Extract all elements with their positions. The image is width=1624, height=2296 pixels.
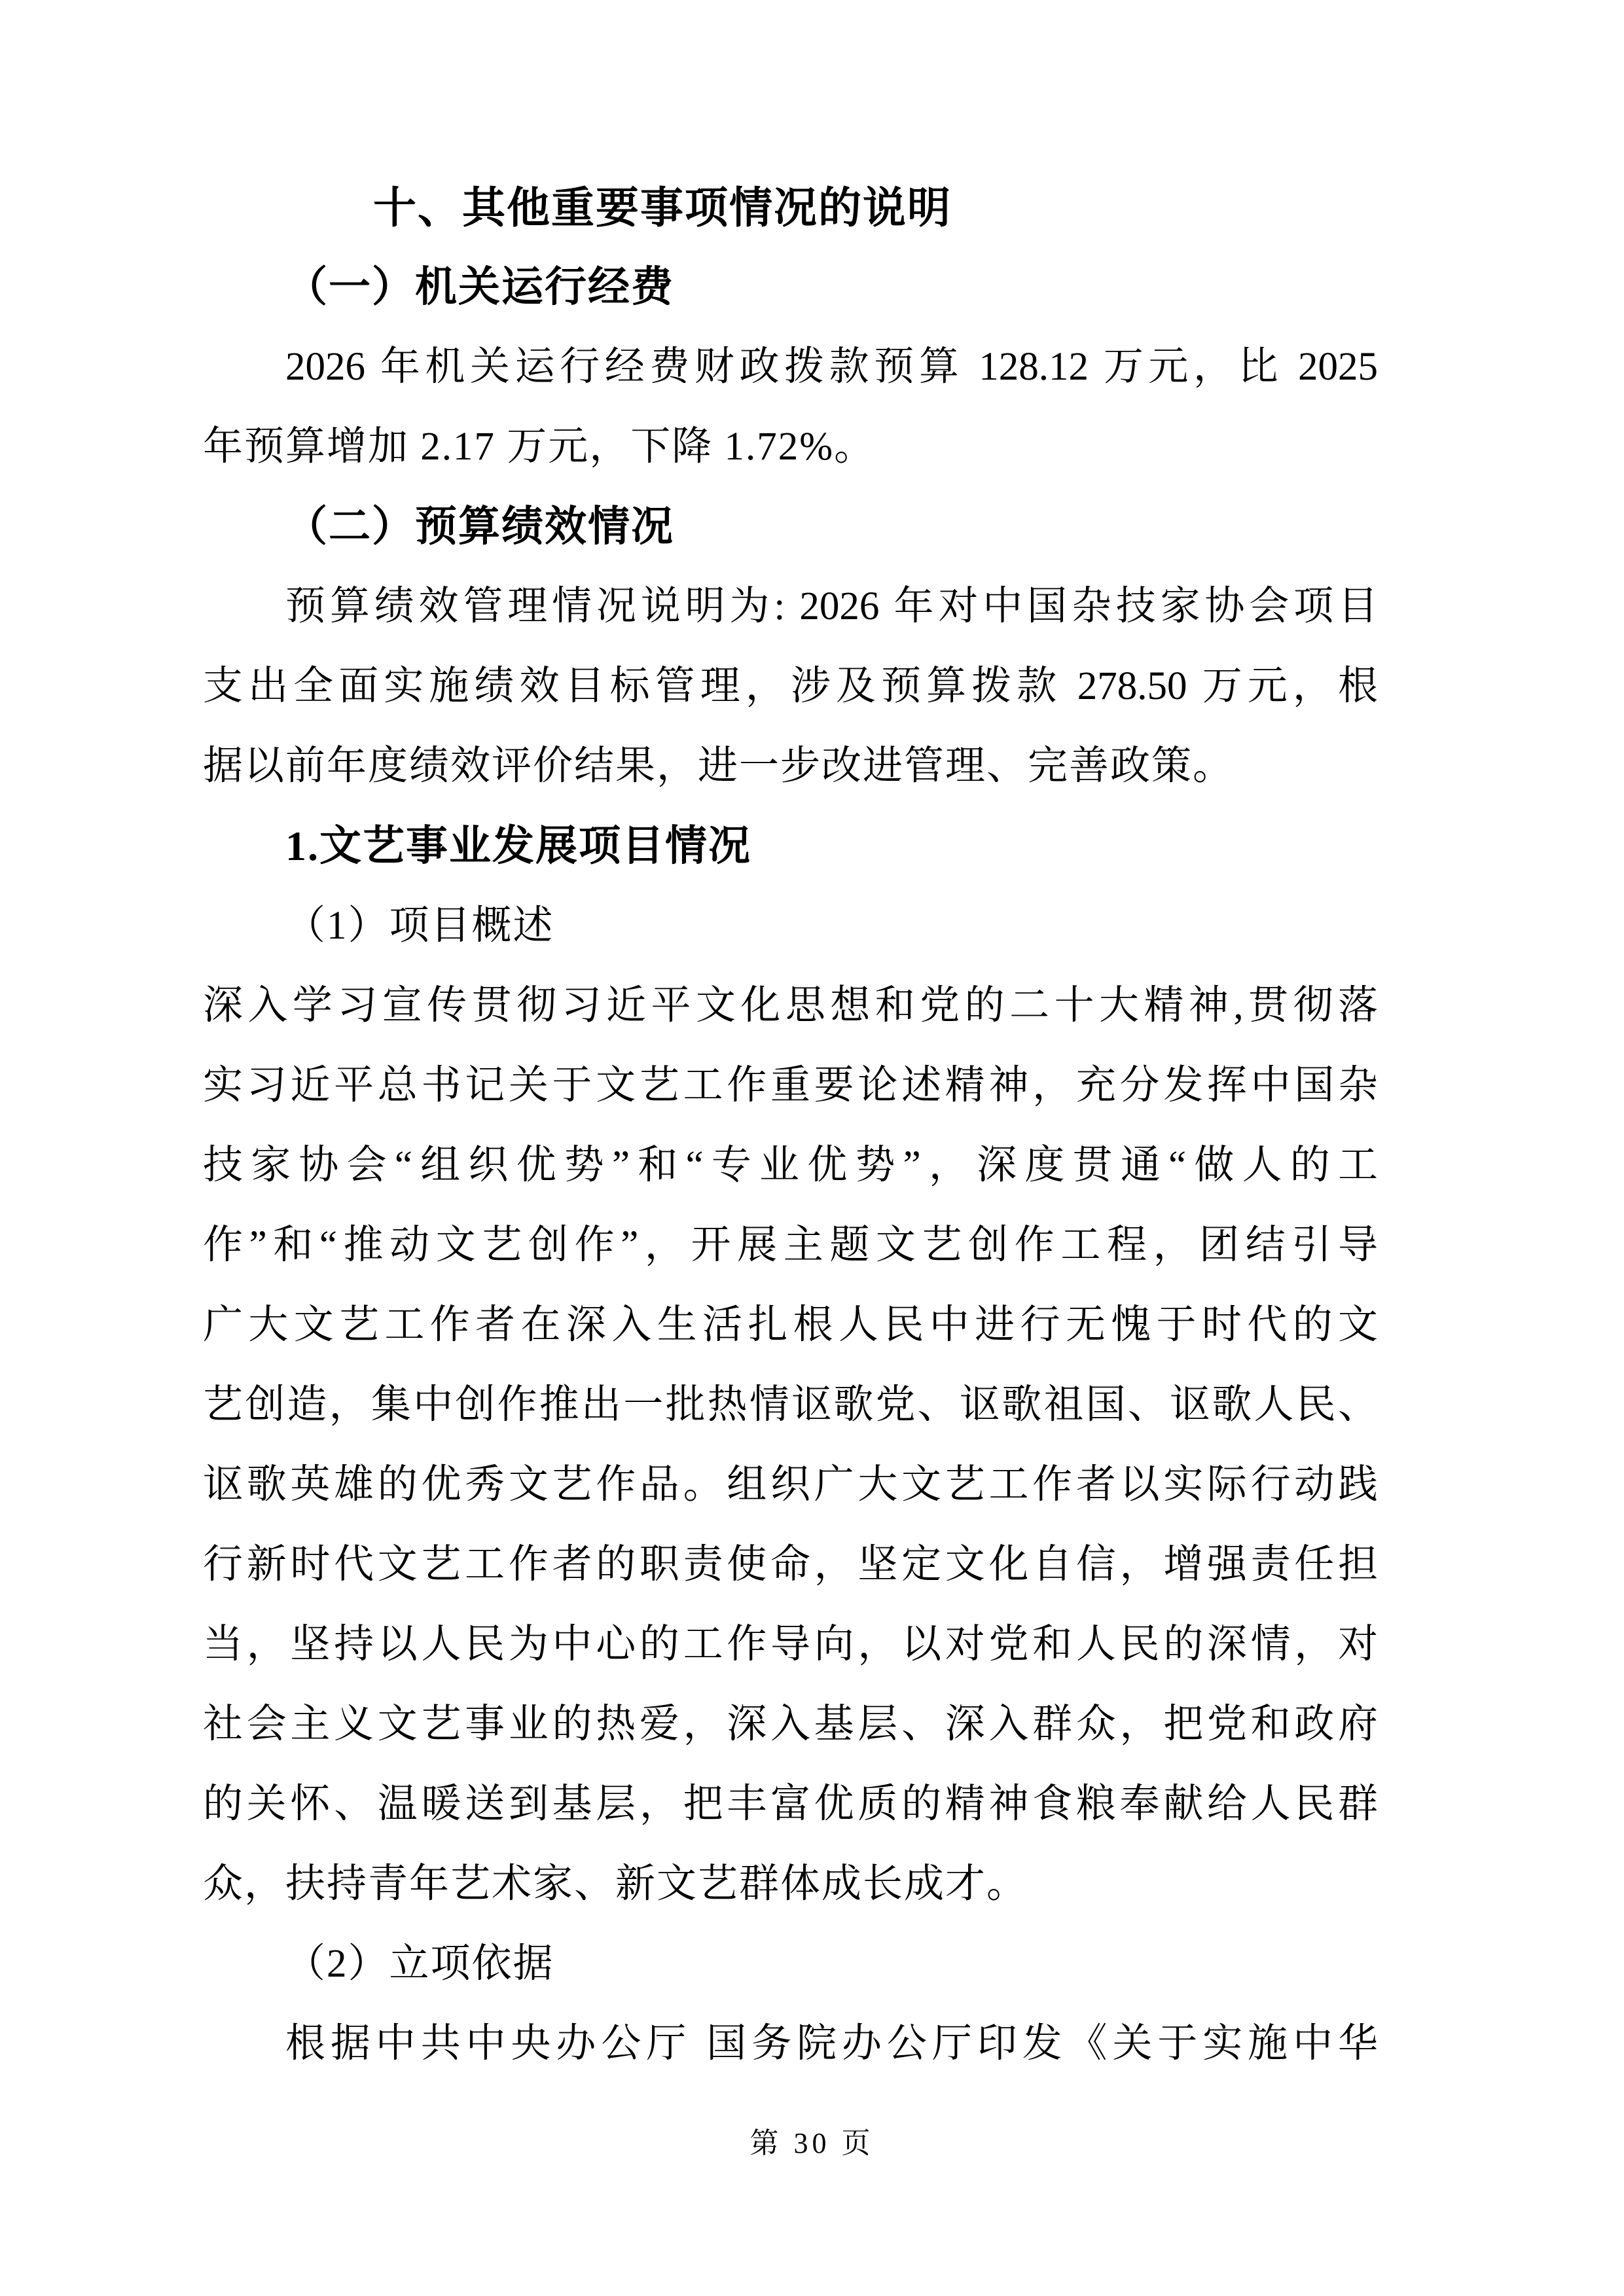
document-page: 十、其他重要事项情况的说明（一）机关运行经费2026 年机关运行经费财政拨款预算… [0,0,1624,2296]
text-line: 众，扶持青年艺术家、新文艺群体成长成才。 [203,1844,1378,1924]
text-line: 当，坚持以人民为中心的工作导向，以对党和人民的深情，对 [203,1605,1378,1685]
document-title: 十、其他重要事项情况的说明 [203,168,1378,247]
section-heading: （一）机关运行经费 [203,247,1378,327]
text-line: 广大文艺工作者在深入生活扎根人民中进行无愧于时代的文 [203,1285,1378,1365]
text-line: 预算绩效管理情况说明为: 2026 年对中国杂技家协会项目 [203,567,1378,647]
section-heading: （二）预算绩效情况 [203,487,1378,567]
text-line: 作”和“推动文艺创作”，开展主题文艺创作工程，团结引导 [203,1206,1378,1285]
text-line: 的关怀、温暖送到基层，把丰富优质的精神食粮奉献给人民群 [203,1765,1378,1844]
text-line: （2）立项依据 [203,1924,1378,2004]
page-number: 第 30 页 [0,2119,1624,2161]
text-line: 据以前年度绩效评价结果，进一步改进管理、完善政策。 [203,726,1378,806]
document-content: 十、其他重要事项情况的说明（一）机关运行经费2026 年机关运行经费财政拨款预算… [203,168,1378,2084]
text-line: 实习近平总书记关于文艺工作重要论述精神，充分发挥中国杂 [203,1046,1378,1126]
text-line: 深入学习宣传贯彻习近平文化思想和党的二十大精神,贯彻落 [203,966,1378,1046]
section-heading: 1.文艺事业发展项目情况 [203,806,1378,886]
text-line: 讴歌英雄的优秀文艺作品。组织广大文艺工作者以实际行动践 [203,1445,1378,1525]
text-line: （1）项目概述 [203,886,1378,966]
text-line: 支出全面实施绩效目标管理，涉及预算拨款 278.50 万元，根 [203,647,1378,726]
text-line: 社会主义文艺事业的热爱，深入基层、深入群众，把党和政府 [203,1685,1378,1765]
text-line: 行新时代文艺工作者的职责使命，坚定文化自信，增强责任担 [203,1525,1378,1605]
text-line: 根据中共中央办公厅 国务院办公厅印发《关于实施中华 [203,2004,1378,2084]
text-line: 艺创造，集中创作推出一批热情讴歌党、讴歌祖国、讴歌人民、 [203,1365,1378,1445]
text-line: 2026 年机关运行经费财政拨款预算 128.12 万元，比 2025 [203,327,1378,407]
text-line: 技家协会“组织优势”和“专业优势”，深度贯通“做人的工 [203,1126,1378,1206]
text-line: 年预算增加 2.17 万元，下降 1.72%。 [203,407,1378,487]
